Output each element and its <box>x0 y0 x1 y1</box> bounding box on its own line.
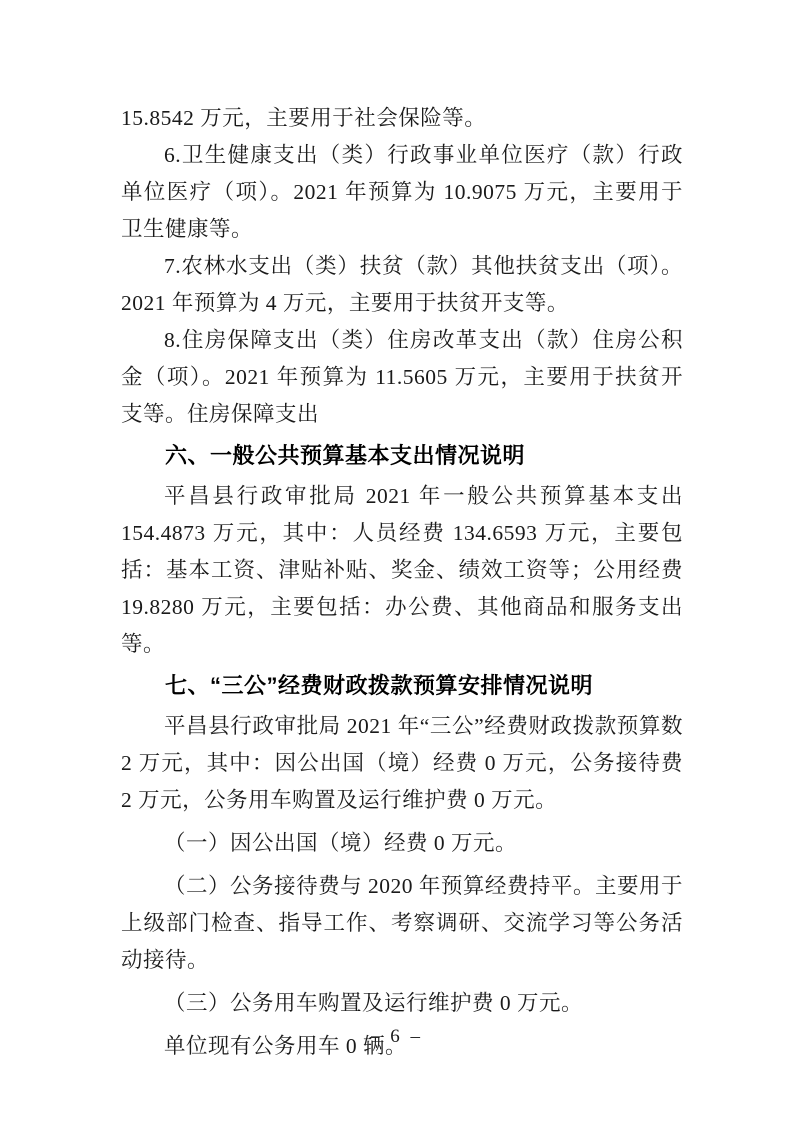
page-number: – 6 – <box>0 1026 793 1048</box>
paragraph: 15.8542 万元，主要用于社会保险等。 <box>121 100 683 137</box>
paragraph: 6.卫生健康支出（类）行政事业单位医疗（款）行政单位医疗（项）。2021 年预算… <box>121 137 683 248</box>
paragraph: 7.农林水支出（类）扶贫（款）其他扶贫支出（项）。2021 年预算为 4 万元，… <box>121 248 683 322</box>
section-heading: 六、一般公共预算基本支出情况说明 <box>121 437 683 474</box>
paragraph: （二）公务接待费与 2020 年预算经费持平。主要用于上级部门检查、指导工作、考… <box>121 868 683 979</box>
paragraph: （一）因公出国（境）经费 0 万元。 <box>121 825 683 862</box>
paragraph: 8.住房保障支出（类）住房改革支出（款）住房公积金（项）。2021 年预算为 1… <box>121 322 683 433</box>
paragraph: 平昌县行政审批局 2021 年“三公”经费财政拨款预算数 2 万元，其中：因公出… <box>121 708 683 819</box>
document-page: 15.8542 万元，主要用于社会保险等。6.卫生健康支出（类）行政事业单位医疗… <box>0 0 793 1122</box>
paragraph: （三）公务用车购置及运行维护费 0 万元。 <box>121 985 683 1022</box>
paragraph: 平昌县行政审批局 2021 年一般公共预算基本支出 154.4873 万元，其中… <box>121 478 683 663</box>
document-body: 15.8542 万元，主要用于社会保险等。6.卫生健康支出（类）行政事业单位医疗… <box>121 100 683 1065</box>
section-heading: 七、“三公”经费财政拨款预算安排情况说明 <box>121 667 683 704</box>
